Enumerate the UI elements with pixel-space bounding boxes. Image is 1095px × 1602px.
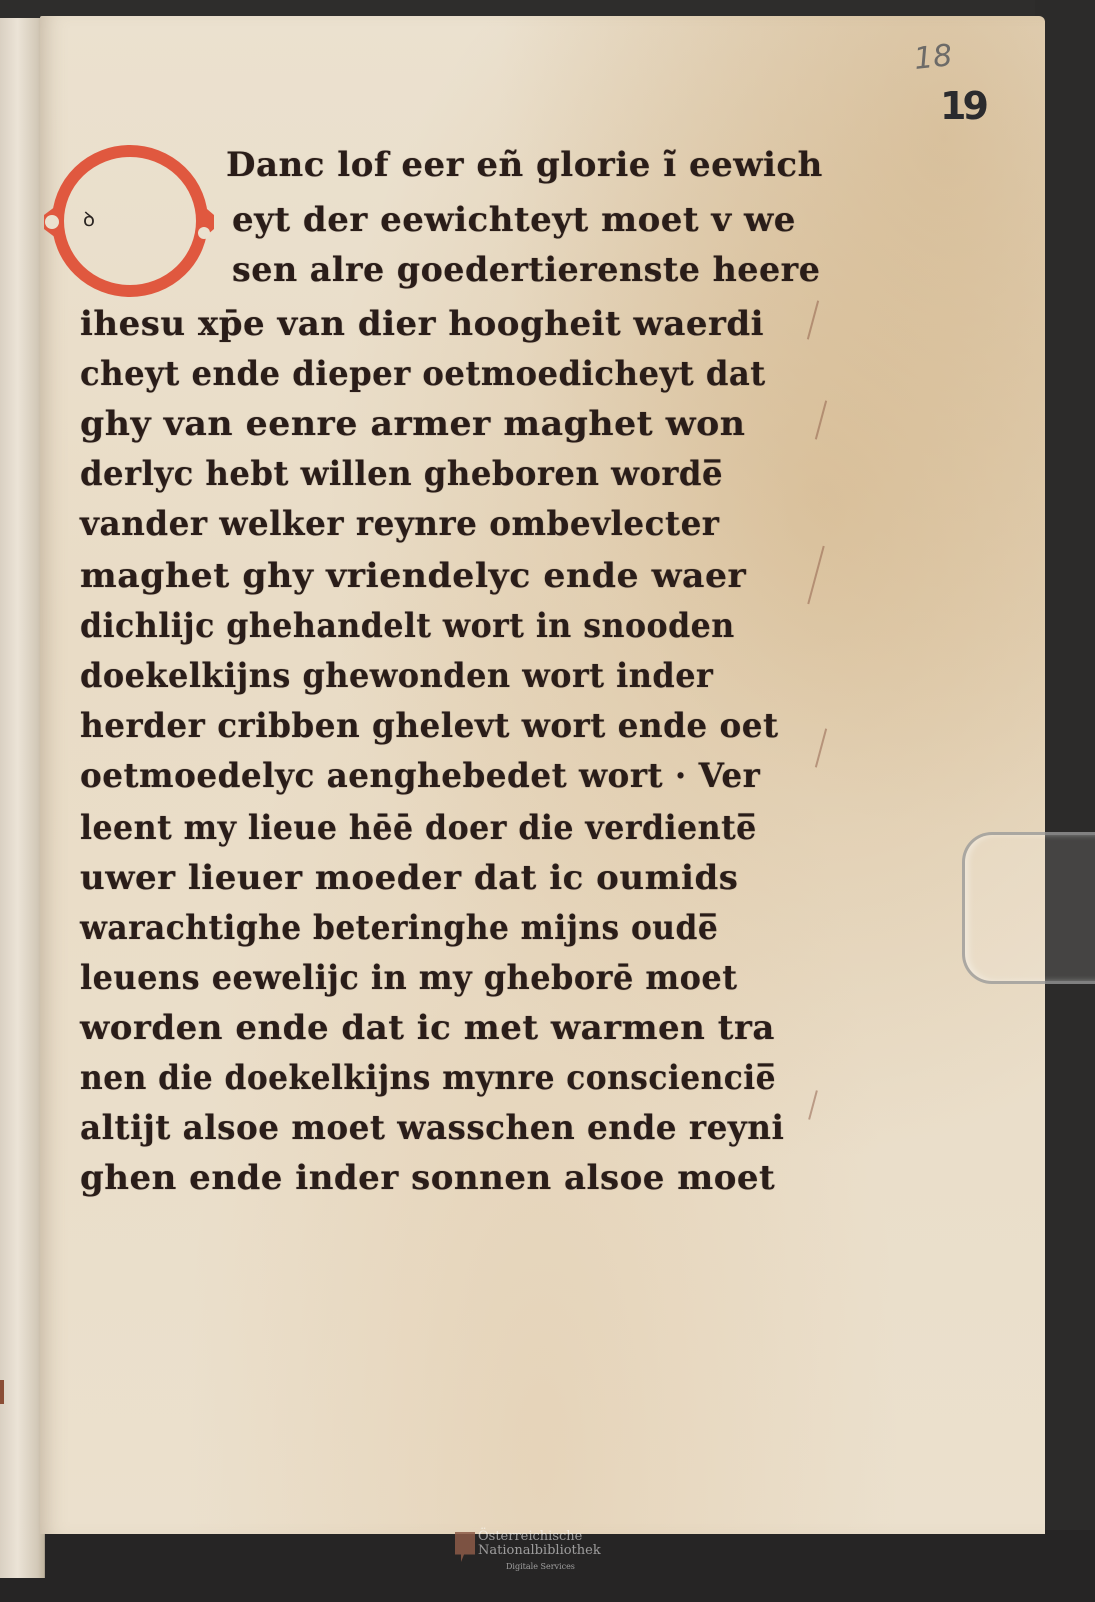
red-initial-o-icon bbox=[38, 145, 214, 297]
folio-number-pencil: 18 bbox=[912, 38, 954, 77]
text-line-3: sen alre goedertierenste heere bbox=[232, 250, 820, 290]
text-line-10: dichlijc ghehandelt wort in snooden bbox=[80, 606, 735, 646]
text-line-12: herder cribben ghelevt wort ende oet bbox=[80, 706, 779, 746]
initial-guide-letter: ꝺ bbox=[83, 205, 95, 232]
decorated-initial bbox=[38, 145, 214, 297]
watermark-line-3: Digitale Services bbox=[478, 1562, 601, 1571]
text-line-14: leent my lieue hēē doer die verdiente̅ bbox=[80, 808, 757, 848]
library-watermark: Österreichische Nationalbibliothek Digit… bbox=[478, 1530, 601, 1571]
text-line-9: maghet ghy vriendelyc ende waer bbox=[80, 556, 746, 596]
text-line-13: oetmoedelyc aenghebedet wort · Ver bbox=[80, 756, 760, 796]
text-line-15: uwer lieuer moeder dat ic oumids bbox=[80, 858, 738, 898]
text-line-4: ihesu xp̄e van dier hoogheit waerdi bbox=[80, 304, 764, 344]
text-line-11: doekelkijns ghewonden wort inder bbox=[80, 656, 713, 696]
text-line-17: leuens eewelijc in my gheborē moet bbox=[80, 958, 737, 998]
text-line-1: Danc lof eer eñ glorie ĩ eewich bbox=[226, 145, 823, 185]
text-line-5: cheyt ende dieper oetmoedicheyt dat bbox=[80, 354, 766, 394]
text-line-19: nen die doekelkijns mynre consciencie̅ bbox=[80, 1058, 776, 1098]
folio-number-ink: 19 bbox=[940, 84, 985, 128]
text-line-18: worden ende dat ic met warmen tra bbox=[80, 1008, 775, 1048]
watermark-line-1: Österreichische bbox=[478, 1530, 601, 1544]
page-edge-mark bbox=[0, 1380, 4, 1404]
glass-page-weight bbox=[962, 832, 1095, 984]
watermark-line-2: Nationalbibliothek bbox=[478, 1544, 601, 1558]
text-line-2: eyt der eewichteyt moet v we bbox=[232, 200, 796, 240]
text-line-8: vander welker reynre ombevlecter bbox=[80, 504, 719, 544]
text-line-16: warachtighe beteringhe mijns oude̅ bbox=[80, 908, 718, 948]
text-line-21: ghen ende inder sonnen alsoe moet bbox=[80, 1158, 775, 1198]
text-line-6: ghy van eenre armer maghet won bbox=[80, 404, 745, 444]
text-line-7: derlyc hebt willen gheboren worde̅ bbox=[80, 454, 723, 494]
text-line-20: altijt alsoe moet wasschen ende reyni bbox=[80, 1108, 784, 1148]
